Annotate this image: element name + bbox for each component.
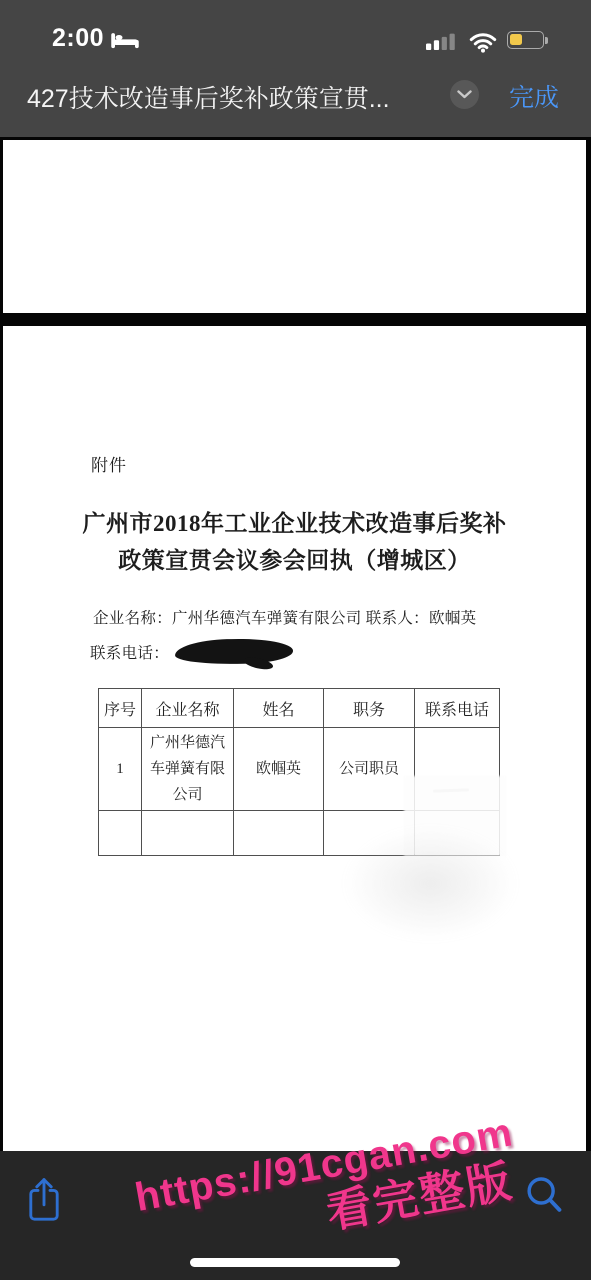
header: 2:00 [0, 0, 591, 137]
title-bar: 427技术改造事后奖补政策宣贯... 完成 [0, 62, 591, 137]
header-cell-name: 姓名 [234, 689, 324, 728]
wifi-icon [468, 31, 498, 58]
document-heading-line1: 广州市2018年工业企业技术改造事后奖补 [3, 505, 586, 542]
battery-icon [507, 31, 544, 49]
cell-name [234, 811, 324, 856]
phone-label: 联系电话： [90, 641, 169, 663]
cell-name: 欧帼英 [234, 728, 324, 811]
header-cell-index: 序号 [99, 689, 142, 728]
bed-icon [110, 30, 140, 55]
chevron-down-icon [457, 90, 472, 99]
collapse-button[interactable] [450, 80, 479, 109]
table-header-row: 序号 企业名称 姓名 职务 联系电话 [99, 689, 500, 728]
share-icon [24, 1176, 64, 1224]
status-time: 2:00 [52, 24, 104, 53]
status-bar: 2:00 [0, 0, 591, 62]
phone-line: 联系电话： [90, 639, 293, 664]
page-current: 附件 广州市2018年工业企业技术改造事后奖补 政策宣贯会议参会回执（增城区） … [3, 326, 586, 1151]
document-viewport[interactable]: 附件 广州市2018年工业企业技术改造事后奖补 政策宣贯会议参会回执（增城区） … [0, 137, 591, 1151]
header-cell-phone: 联系电话 [415, 689, 500, 728]
cell-company: 广州华德汽车弹簧有限公司 [142, 728, 234, 811]
cell-index [99, 811, 142, 856]
cell-title: 公司职员 [324, 728, 415, 811]
header-cell-title: 职务 [324, 689, 415, 728]
redacted-phone-number [175, 637, 294, 665]
document-title: 427技术改造事后奖补政策宣贯... [27, 79, 390, 115]
document-heading-line2: 政策宣贯会议参会回执（增城区） [3, 542, 586, 579]
company-contact-line: 企业名称：广州华德汽车弹簧有限公司 联系人：欧帼英 [93, 606, 476, 628]
search-icon [525, 1175, 563, 1215]
cell-index: 1 [99, 728, 142, 811]
header-cell-company: 企业名称 [142, 689, 234, 728]
search-button[interactable] [525, 1175, 563, 1215]
phone-screen: 2:00 [0, 0, 591, 1280]
whiteout-smudge-below-table [343, 826, 518, 941]
cell-company [142, 811, 234, 856]
attachment-label: 附件 [91, 451, 127, 476]
done-button[interactable]: 完成 [509, 78, 559, 114]
home-indicator[interactable] [190, 1258, 400, 1267]
share-button[interactable] [24, 1176, 64, 1224]
page-previous-bottom [3, 140, 586, 313]
cellular-signal-icon [426, 33, 460, 55]
document-heading: 广州市2018年工业企业技术改造事后奖补 政策宣贯会议参会回执（增城区） [3, 505, 586, 579]
battery-fill [510, 34, 522, 45]
